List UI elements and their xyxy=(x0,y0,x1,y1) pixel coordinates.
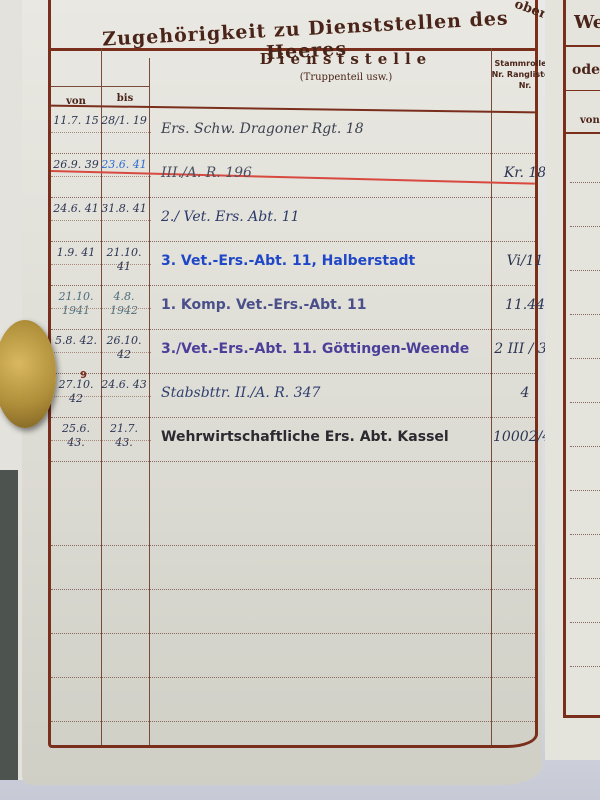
date-from: 27.10. 42 xyxy=(53,378,99,406)
empty-table-row xyxy=(51,502,535,546)
empty-table-row xyxy=(51,634,535,678)
date-to: 24.6. 43 xyxy=(101,378,147,392)
right-page-dotted-line xyxy=(570,622,600,623)
date-to: 4.8. 1942 xyxy=(101,290,147,318)
right-page-dotted-line xyxy=(570,314,600,315)
date-from: 5.8. 42. xyxy=(53,334,99,348)
right-page-dotted-line xyxy=(570,270,600,271)
date-to: 23.6. 41 xyxy=(101,158,147,172)
document-page: Zugehörigkeit zu Dienststellen des Heere… xyxy=(22,0,542,785)
date-from: 21.10. 1941 xyxy=(53,290,99,318)
table-row: 24.6. 4131.8. 412./ Vet. Ers. Abt. 11 xyxy=(51,198,535,242)
date-divider xyxy=(51,264,151,265)
column-header-bis: bis xyxy=(101,93,149,104)
unit-name: Ers. Schw. Dragoner Rgt. 18 xyxy=(155,122,496,136)
right-page-dotted-line xyxy=(570,578,600,579)
date-from: 11.7. 15 xyxy=(53,114,99,128)
right-page-dotted-line xyxy=(570,446,600,447)
right-page-rule xyxy=(566,90,600,91)
unit-name: Wehrwirtschaftliche Ers. Abt. Kassel xyxy=(155,430,496,444)
table-row: 25.6. 43.21.7. 43.Wehrwirtschaftliche Er… xyxy=(51,418,535,462)
right-page-dotted-line xyxy=(570,666,600,667)
right-page: We ode von xyxy=(545,0,600,760)
table-row: 5.8. 42.26.10. 423./Vet.-Ers.-Abt. 11. G… xyxy=(51,330,535,374)
column-header-dienststelle: Dienststelle xyxy=(201,50,491,68)
margin-page-number: 9 xyxy=(80,370,87,381)
empty-table-row xyxy=(51,590,535,634)
right-page-dotted-line xyxy=(570,534,600,535)
table-row: 21.10. 19414.8. 19421. Komp. Vet.-Ers.-A… xyxy=(51,286,535,330)
date-divider xyxy=(51,352,151,353)
date-from: 25.6. 43. xyxy=(53,422,99,450)
table-row: 1.9. 4121.10. 413. Vet.-Ers.-Abt. 11, Ha… xyxy=(51,242,535,286)
date-divider xyxy=(51,440,151,441)
date-divider xyxy=(51,132,151,133)
date-from: 26.9. 39 xyxy=(53,158,99,172)
title-band: Zugehörigkeit zu Dienststellen des Heere… xyxy=(51,0,535,51)
date-divider xyxy=(51,220,151,221)
right-page-dotted-line xyxy=(570,226,600,227)
empty-table-row xyxy=(51,678,535,722)
column-header-von: von xyxy=(51,96,101,107)
table-row: 11.7. 1528/1. 19Ers. Schw. Dragoner Rgt.… xyxy=(51,110,535,154)
right-page-title-fragment: We xyxy=(574,12,600,33)
right-page-rule xyxy=(566,132,600,134)
right-page-rule xyxy=(566,45,600,47)
table-frame: Zugehörigkeit zu Dienststellen des Heere… xyxy=(48,0,538,748)
date-from: 24.6. 41 xyxy=(53,202,99,216)
unit-name: 3. Vet.-Ers.-Abt. 11, Halberstadt xyxy=(155,254,496,268)
empty-table-row xyxy=(51,546,535,590)
unit-name: 3./Vet.-Ers.-Abt. 11. Göttingen-Weende xyxy=(155,342,496,356)
date-to: 28/1. 19 xyxy=(101,114,147,128)
header-rule-dates xyxy=(51,86,149,87)
date-to: 21.7. 43. xyxy=(101,422,147,450)
unit-name: Stabsbttr. II./A. R. 347 xyxy=(155,386,496,400)
unit-name: 2./ Vet. Ers. Abt. 11 xyxy=(155,210,496,224)
right-page-subtitle-fragment: ode xyxy=(572,62,600,78)
table-row: 26.9. 3923.6. 41III./A. R. 196Kr. 18 xyxy=(51,154,535,198)
column-header-truppenteil: (Truppenteil usw.) xyxy=(201,72,491,83)
right-page-dotted-line xyxy=(570,490,600,491)
date-divider xyxy=(51,396,151,397)
right-page-dotted-line xyxy=(570,402,600,403)
book-cover-edge xyxy=(0,470,18,780)
date-divider xyxy=(51,308,151,309)
unit-name: III./A. R. 196 xyxy=(155,166,496,180)
right-page-dotted-line xyxy=(570,182,600,183)
date-to: 26.10. 42 xyxy=(101,334,147,362)
right-page-von-label: von xyxy=(580,115,600,126)
unit-name: 1. Komp. Vet.-Ers.-Abt. 11 xyxy=(155,298,496,312)
date-to: 31.8. 41 xyxy=(101,202,147,216)
right-page-dotted-line xyxy=(570,358,600,359)
dotted-rule xyxy=(51,721,535,722)
date-divider xyxy=(51,176,151,177)
right-page-frame: We ode von xyxy=(563,0,600,718)
dotted-rule xyxy=(51,461,535,462)
date-to: 21.10. 41 xyxy=(101,246,147,274)
table-row: 27.10. 4224.6. 43Stabsbttr. II./A. R. 34… xyxy=(51,374,535,418)
date-from: 1.9. 41 xyxy=(53,246,99,260)
